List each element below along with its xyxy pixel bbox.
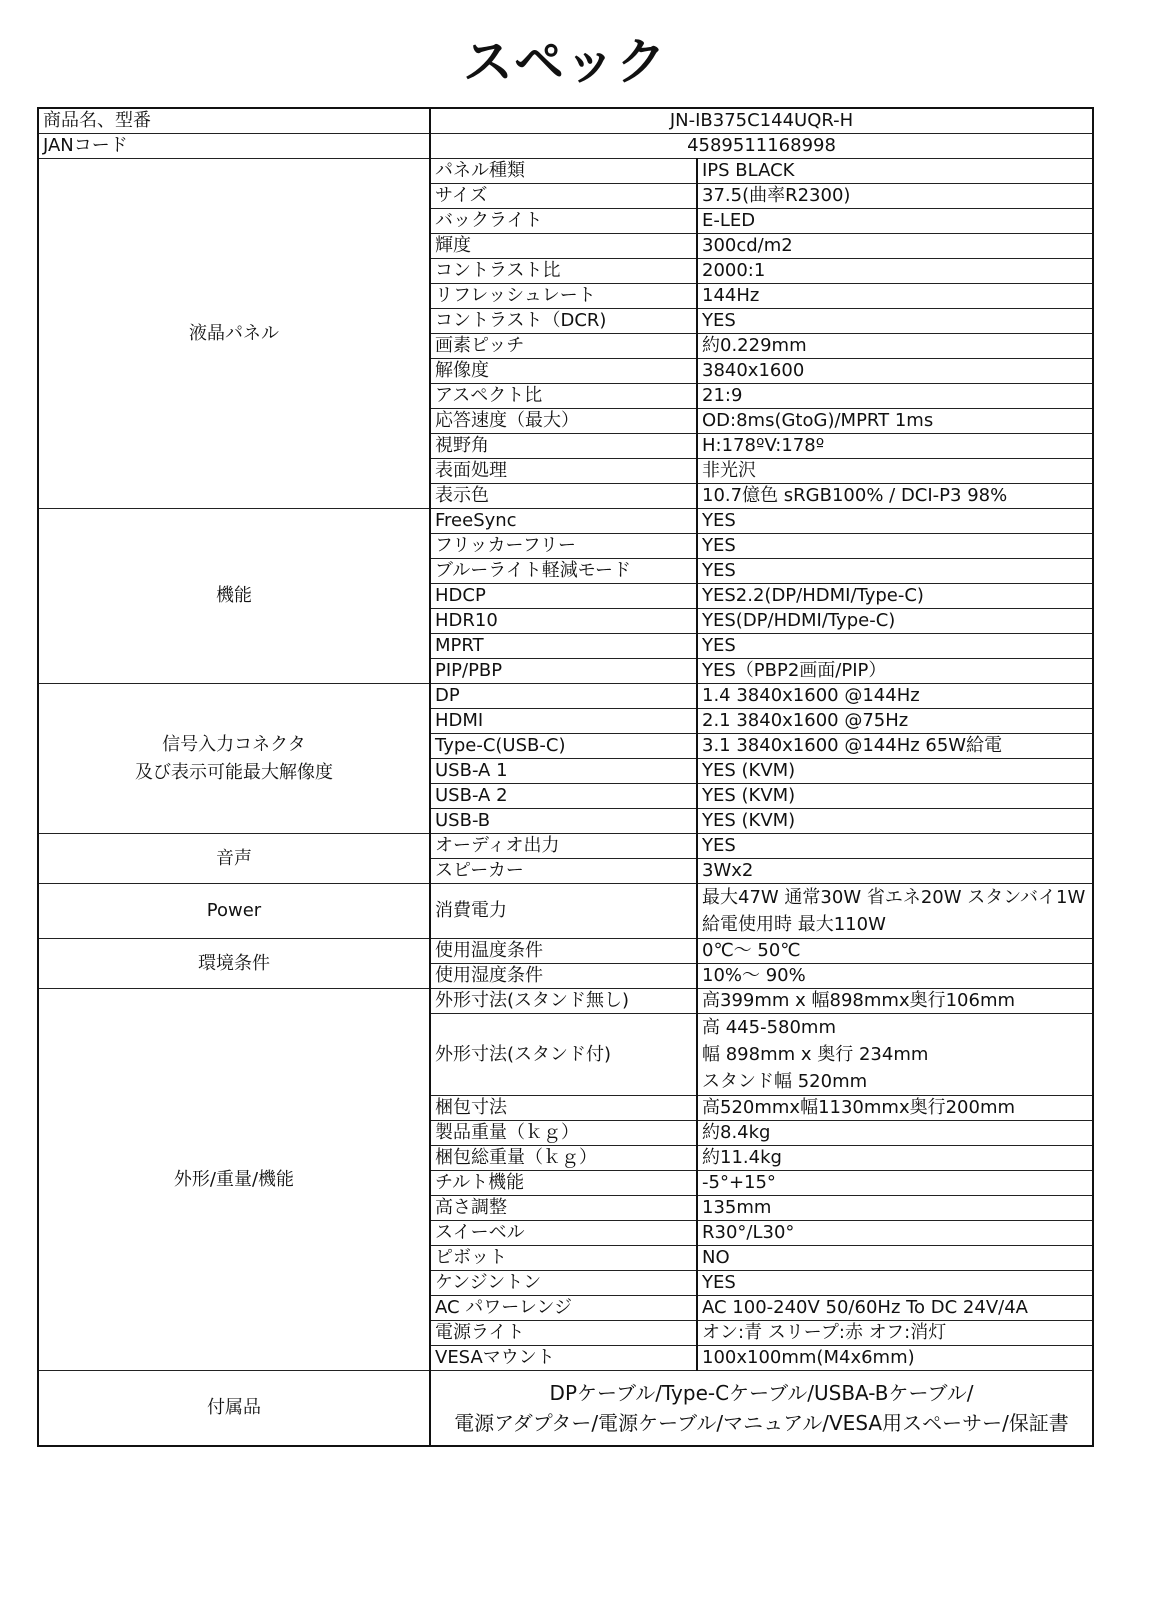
spec-value: 高 445-580mm幅 898mm x 奥行 234mmスタンド幅 520mm: [697, 1014, 1093, 1096]
spec-label: HDR10: [430, 609, 697, 634]
spec-label: 製品重量（ｋｇ）: [430, 1121, 697, 1146]
value-line: 幅 898mm x 奥行 234mm: [702, 1041, 1088, 1068]
spec-value: 0℃～ 50℃: [697, 939, 1093, 964]
spec-value: 144Hz: [697, 284, 1093, 309]
spec-value: 2.1 3840x1600 @75Hz: [697, 709, 1093, 734]
spec-label: 電源ライト: [430, 1321, 697, 1346]
spec-label: MPRT: [430, 634, 697, 659]
spec-label: 消費電力: [430, 884, 697, 939]
spec-value: 3Wx2: [697, 859, 1093, 884]
spec-value: 1.4 3840x1600 @144Hz: [697, 684, 1093, 709]
spec-label: HDCP: [430, 584, 697, 609]
spec-label: USB-A 1: [430, 759, 697, 784]
header-value: JN-IB375C144UQR-H: [430, 108, 1093, 134]
spec-value: オン:青 スリープ:赤 オフ:消灯: [697, 1321, 1093, 1346]
spec-label: コントラスト比: [430, 259, 697, 284]
header-label: 商品名、型番: [38, 108, 430, 134]
spec-value: YES: [697, 834, 1093, 859]
accessories-value: DPケーブル/Type-Cケーブル/USBA-Bケーブル/電源アダプター/電源ケ…: [430, 1371, 1093, 1447]
accessories-row: 付属品DPケーブル/Type-Cケーブル/USBA-Bケーブル/電源アダプター/…: [38, 1371, 1093, 1447]
spec-label: Type-C(USB-C): [430, 734, 697, 759]
page-title: スペック: [0, 22, 1130, 94]
spec-value: YES (KVM): [697, 759, 1093, 784]
spec-table: 商品名、型番JN-IB375C144UQR-HJANコード45895111689…: [37, 107, 1094, 1447]
spec-label: フリッカーフリー: [430, 534, 697, 559]
header-row: JANコード4589511168998: [38, 134, 1093, 159]
spec-value: OD:8ms(GtoG)/MPRT 1ms: [697, 409, 1093, 434]
accessories-category: 付属品: [38, 1371, 430, 1447]
spec-value: 37.5(曲率R2300): [697, 184, 1093, 209]
spec-value: 2000:1: [697, 259, 1093, 284]
header-label: JANコード: [38, 134, 430, 159]
spec-value: YES (KVM): [697, 784, 1093, 809]
spec-value: YES: [697, 634, 1093, 659]
spec-value: YES（PBP2画面/PIP）: [697, 659, 1093, 684]
spec-label: ブルーライト軽減モード: [430, 559, 697, 584]
spec-value: 10%～ 90%: [697, 964, 1093, 989]
value-line: 最大47W 通常30W 省エネ20W スタンバイ1W: [702, 884, 1088, 911]
accessory-line: 電源アダプター/電源ケーブル/マニュアル/VESA用スペーサー/保証書: [435, 1408, 1088, 1438]
spec-value: NO: [697, 1246, 1093, 1271]
spec-value: YES2.2(DP/HDMI/Type-C): [697, 584, 1093, 609]
spec-label: オーディオ出力: [430, 834, 697, 859]
spec-value: 3.1 3840x1600 @144Hz 65W給電: [697, 734, 1093, 759]
spec-label: FreeSync: [430, 509, 697, 534]
spec-label: HDMI: [430, 709, 697, 734]
section-category: 環境条件: [38, 939, 430, 989]
spec-label: チルト機能: [430, 1171, 697, 1196]
spec-label: サイズ: [430, 184, 697, 209]
spec-value: 約0.229mm: [697, 334, 1093, 359]
spec-value: 300cd/m2: [697, 234, 1093, 259]
table-row: 環境条件使用温度条件0℃～ 50℃: [38, 939, 1093, 964]
table-row: 液晶パネルパネル種類IPS BLACK: [38, 159, 1093, 184]
spec-label: スピーカー: [430, 859, 697, 884]
spec-value: IPS BLACK: [697, 159, 1093, 184]
spec-label: 表面処理: [430, 459, 697, 484]
spec-value: H:178ºV:178º: [697, 434, 1093, 459]
spec-label: ピボット: [430, 1246, 697, 1271]
section-category: 信号入力コネクタ及び表示可能最大解像度: [38, 684, 430, 834]
section-category: 外形/重量/機能: [38, 989, 430, 1371]
spec-label: 外形寸法(スタンド無し): [430, 989, 697, 1014]
spec-value: 135mm: [697, 1196, 1093, 1221]
spec-label: 表示色: [430, 484, 697, 509]
spec-value: -5°+15°: [697, 1171, 1093, 1196]
spec-label: 視野角: [430, 434, 697, 459]
spec-value: YES: [697, 509, 1093, 534]
table-row: 信号入力コネクタ及び表示可能最大解像度DP1.4 3840x1600 @144H…: [38, 684, 1093, 709]
spec-label: スイーベル: [430, 1221, 697, 1246]
spec-label: USB-A 2: [430, 784, 697, 809]
spec-label: DP: [430, 684, 697, 709]
spec-label: 応答速度（最大）: [430, 409, 697, 434]
header-value: 4589511168998: [430, 134, 1093, 159]
spec-value: YES: [697, 1271, 1093, 1296]
spec-value: 約11.4kg: [697, 1146, 1093, 1171]
spec-value: 最大47W 通常30W 省エネ20W スタンバイ1W給電使用時 最大110W: [697, 884, 1093, 939]
section-category: Power: [38, 884, 430, 939]
spec-label: VESAマウント: [430, 1346, 697, 1371]
spec-value: AC 100-240V 50/60Hz To DC 24V/4A: [697, 1296, 1093, 1321]
spec-label: パネル種類: [430, 159, 697, 184]
spec-value: YES(DP/HDMI/Type-C): [697, 609, 1093, 634]
section-category: 液晶パネル: [38, 159, 430, 509]
spec-label: AC パワーレンジ: [430, 1296, 697, 1321]
spec-label: バックライト: [430, 209, 697, 234]
spec-label: 解像度: [430, 359, 697, 384]
spec-label: ケンジントン: [430, 1271, 697, 1296]
table-row: 機能FreeSyncYES: [38, 509, 1093, 534]
table-row: Power消費電力最大47W 通常30W 省エネ20W スタンバイ1W給電使用時…: [38, 884, 1093, 939]
section-category: 音声: [38, 834, 430, 884]
spec-label: PIP/PBP: [430, 659, 697, 684]
category-line: 信号入力コネクタ: [43, 731, 425, 759]
spec-label: アスペクト比: [430, 384, 697, 409]
table-row: 外形/重量/機能外形寸法(スタンド無し)高399mm x 幅898mmx奥行10…: [38, 989, 1093, 1014]
spec-label: 輝度: [430, 234, 697, 259]
value-line: スタンド幅 520mm: [702, 1068, 1088, 1095]
spec-value: YES: [697, 309, 1093, 334]
spec-label: 外形寸法(スタンド付): [430, 1014, 697, 1096]
spec-value: YES: [697, 534, 1093, 559]
spec-value: R30°/L30°: [697, 1221, 1093, 1246]
spec-value: 高399mm x 幅898mmx奥行106mm: [697, 989, 1093, 1014]
spec-value: 3840x1600: [697, 359, 1093, 384]
accessory-line: DPケーブル/Type-Cケーブル/USBA-Bケーブル/: [435, 1378, 1088, 1408]
value-line: 給電使用時 最大110W: [702, 911, 1088, 938]
spec-label: リフレッシュレート: [430, 284, 697, 309]
spec-label: 梱包総重量（ｋｇ）: [430, 1146, 697, 1171]
spec-label: 使用湿度条件: [430, 964, 697, 989]
spec-value: 100x100mm(M4x6mm): [697, 1346, 1093, 1371]
spec-value: 約8.4kg: [697, 1121, 1093, 1146]
spec-value: 21:9: [697, 384, 1093, 409]
spec-value: 非光沢: [697, 459, 1093, 484]
spec-value: E-LED: [697, 209, 1093, 234]
section-category: 機能: [38, 509, 430, 684]
spec-value: YES: [697, 559, 1093, 584]
spec-label: 梱包寸法: [430, 1096, 697, 1121]
value-line: 高 445-580mm: [702, 1014, 1088, 1041]
spec-label: コントラスト（DCR): [430, 309, 697, 334]
spec-label: 画素ピッチ: [430, 334, 697, 359]
category-line: 及び表示可能最大解像度: [43, 759, 425, 787]
table-row: 音声オーディオ出力YES: [38, 834, 1093, 859]
spec-label: 使用温度条件: [430, 939, 697, 964]
spec-value: 10.7億色 sRGB100% / DCI-P3 98%: [697, 484, 1093, 509]
spec-label: USB-B: [430, 809, 697, 834]
spec-label: 高さ調整: [430, 1196, 697, 1221]
spec-value: YES (KVM): [697, 809, 1093, 834]
spec-value: 高520mmx幅1130mmx奥行200mm: [697, 1096, 1093, 1121]
header-row: 商品名、型番JN-IB375C144UQR-H: [38, 108, 1093, 134]
